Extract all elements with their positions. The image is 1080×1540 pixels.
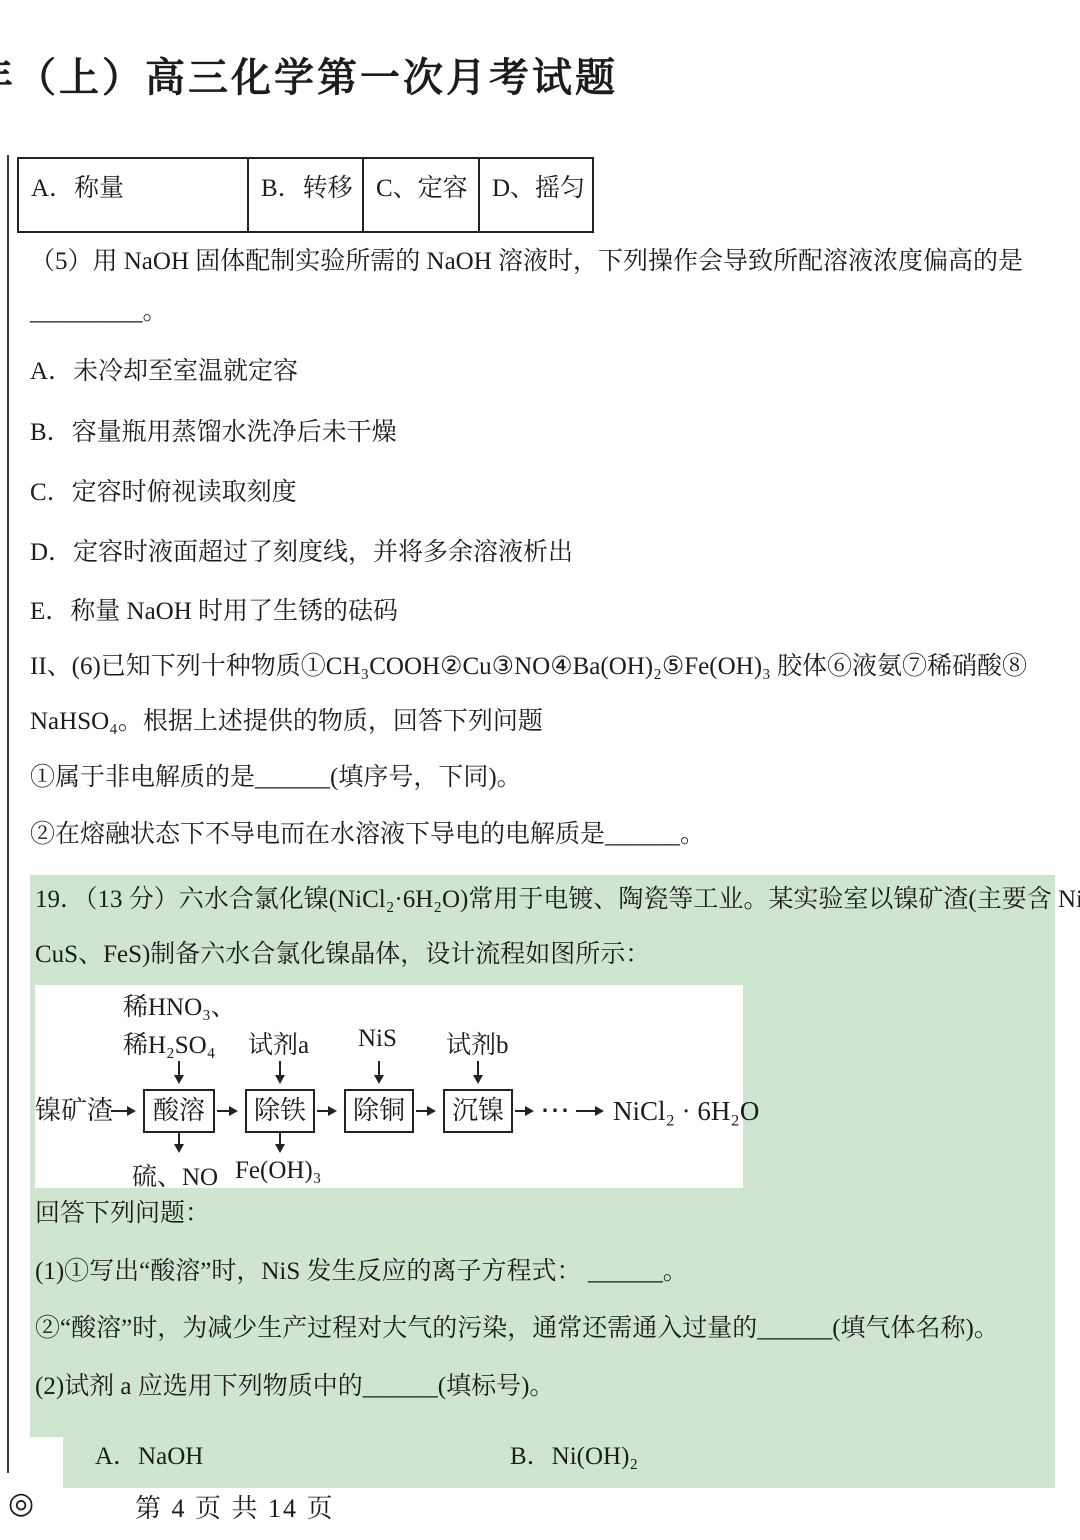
flow-reagent-b: 试剂b xyxy=(446,1025,509,1061)
table-cell-c: C、定容 xyxy=(364,159,480,231)
down-arrow-icon xyxy=(178,1061,180,1080)
flow-byproduct-sulfur-no: 硫、NO xyxy=(132,1157,218,1193)
q19-line2: CuS、FeS)制备六水合氯化镍晶体，设计流程如图所示： xyxy=(35,939,650,971)
flow-ellipsis: ⋯ xyxy=(540,1089,570,1133)
right-arrow-icon xyxy=(576,1110,600,1112)
ring-mark-icon: ◎ xyxy=(8,1486,34,1521)
q5-option-e: E．称量 NaOH 时用了生锈的砝码 xyxy=(30,596,398,628)
q19-line1: 19．（13 分）六水合氯化镍(NiCl₂·6H₂O)常用于电镀、陶瓷等工业。某… xyxy=(35,884,1080,916)
down-arrow-icon xyxy=(279,1061,281,1080)
flow-diagram: 稀HNO₃、 稀H₂SO₄ 试剂a NiS 试剂b 镍矿渣 酸溶 除铁 除铜 沉… xyxy=(35,985,743,1188)
q6-sub2: ②在熔融状态下不导电而在水溶液下导电的电解质是______。 xyxy=(30,819,705,851)
flow-reagent-hno3: 稀HNO₃、 xyxy=(123,987,236,1023)
page-number-indicator: 第 4 页 共 14 页 xyxy=(135,1488,335,1525)
q19-q1a: (1)①写出“酸溶”时，NiS 发生反应的离子方程式： ______。 xyxy=(35,1256,688,1288)
flow-product: NiCl₂ · 6H₂O xyxy=(613,1089,759,1133)
page-title: 年（上）高三化学第一次月考试题 xyxy=(0,46,618,103)
q19-option-b: B．Ni(OH)₂ xyxy=(510,1441,638,1473)
down-arrow-icon xyxy=(178,1133,180,1149)
flow-reagent-a: 试剂a xyxy=(248,1025,309,1061)
options-table: A．称量 B．转移 C、定容 D、摇匀 xyxy=(17,157,594,233)
right-arrow-icon xyxy=(111,1110,132,1112)
table-cell-b: B．转移 xyxy=(249,159,364,231)
q5-option-b: B．容量瓶用蒸馏水洗净后未干燥 xyxy=(30,417,397,449)
table-cell-a: A．称量 xyxy=(19,159,249,231)
q19-option-a: A．NaOH xyxy=(95,1441,203,1473)
q6-sub1: ①属于非电解质的是______(填序号，下同)。 xyxy=(30,762,522,794)
q5-option-a: A．未冷却至室温就定容 xyxy=(30,356,298,388)
flow-step-chennie: 沉镍 xyxy=(443,1089,513,1133)
flow-reagent-nis: NiS xyxy=(358,1025,397,1053)
right-arrow-icon xyxy=(317,1110,333,1112)
flow-step-chutie: 除铁 xyxy=(245,1089,315,1133)
q19-prompt: 回答下列问题： xyxy=(35,1198,210,1230)
flow-input: 镍矿渣 xyxy=(35,1089,113,1133)
q5-stem: （5）用 NaOH 固体配制实验所需的 NaOH 溶液时，下列操作会导致所配溶液… xyxy=(30,246,1023,278)
flow-byproduct-feoh3: Fe(OH)₃ xyxy=(235,1157,321,1185)
right-arrow-icon xyxy=(416,1110,432,1112)
right-arrow-icon xyxy=(515,1110,530,1112)
left-margin-rule xyxy=(7,155,9,1473)
q5-option-d: D．定容时液面超过了刻度线，并将多余溶液析出 xyxy=(30,537,573,569)
q6-line1: II、(6)已知下列十种物质①CH₃COOH②Cu③NO④Ba(OH)₂⑤Fe(… xyxy=(30,651,1027,683)
q19-q1b: ②“酸溶”时，为减少生产过程对大气的污染，通常还需通入过量的______(填气体… xyxy=(35,1313,999,1345)
down-arrow-icon xyxy=(378,1061,380,1080)
flow-step-chutong: 除铜 xyxy=(344,1089,414,1133)
q5-blank-line: _________。 xyxy=(30,296,168,328)
q5-option-c: C．定容时俯视读取刻度 xyxy=(30,477,297,509)
flow-reagent-h2so4: 稀H₂SO₄ xyxy=(123,1025,215,1061)
right-arrow-icon xyxy=(217,1110,234,1112)
exam-page: 年（上）高三化学第一次月考试题 A．称量 B．转移 C、定容 D、摇匀 （5）用… xyxy=(0,0,1080,1540)
q6-line2: NaHSO₄。根据上述提供的物质，回答下列问题 xyxy=(30,706,543,738)
q19-q2: (2)试剂 a 应选用下列物质中的______(填标号)。 xyxy=(35,1371,554,1403)
down-arrow-icon xyxy=(279,1133,281,1149)
flow-step-suanrong: 酸溶 xyxy=(143,1089,215,1133)
table-cell-d: D、摇匀 xyxy=(480,159,592,231)
down-arrow-icon xyxy=(477,1061,479,1080)
